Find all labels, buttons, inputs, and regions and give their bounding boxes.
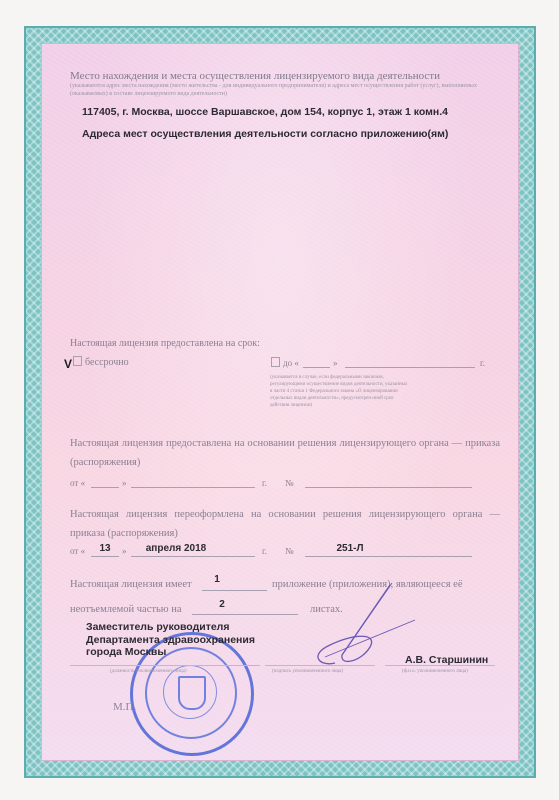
position-caption: (должность уполномоченного лица) <box>110 668 187 676</box>
until-day-field[interactable] <box>303 367 330 368</box>
reissued-month-year-value: апреля 2018 <box>131 543 221 554</box>
granted-quote-close: » <box>122 478 127 488</box>
granted-from-label: от « <box>70 478 85 488</box>
reissued-month-year-field[interactable] <box>131 556 255 557</box>
seal-label: М.П. <box>113 701 136 713</box>
until-label: до « <box>283 358 299 368</box>
reissued-day-value: 13 <box>91 543 119 554</box>
granted-number-label: № <box>285 478 294 488</box>
position-line <box>70 665 260 666</box>
indefinite-checkmark: V <box>64 357 72 371</box>
appendix-text-before: Настоящая лицензия имеет <box>70 579 192 590</box>
reissued-quote-close: » <box>122 546 127 556</box>
signatory-position: Заместитель руководителя Департамента зд… <box>86 621 266 659</box>
appendix-count-field[interactable] <box>202 590 267 591</box>
signatory-name: А.В. Старшинин <box>405 654 488 666</box>
reissued-from-label: от « <box>70 546 85 556</box>
reissued-number-label: № <box>285 546 294 556</box>
granted-month-year-field[interactable] <box>131 487 255 488</box>
granted-number-field[interactable] <box>305 487 472 488</box>
name-caption: (ф.и.о. уполномоченного лица) <box>402 668 468 676</box>
indefinite-label: бессрочно <box>85 357 129 368</box>
until-month-year-field[interactable] <box>345 367 475 368</box>
appendix-sheets-value: 2 <box>192 599 252 610</box>
addresses-note: Адреса мест осуществления деятельности с… <box>82 128 448 140</box>
term-note: (указывается в случае, если федеральными… <box>270 374 410 409</box>
until-year-suffix: г. <box>480 358 485 368</box>
indefinite-checkbox[interactable] <box>73 356 82 366</box>
reissued-day-field[interactable] <box>91 556 119 557</box>
until-quote-close: » <box>333 358 338 368</box>
appendix-sheets-before: неотъемлемой частью на <box>70 604 181 615</box>
granted-day-field[interactable] <box>91 487 119 488</box>
granted-year-suffix: г. <box>262 478 267 488</box>
reissued-number-field[interactable] <box>305 556 472 557</box>
granted-text: Настоящая лицензия предоставлена на осно… <box>70 434 500 472</box>
address-value: 117405, г. Москва, шоссе Варшавское, дом… <box>82 106 448 118</box>
location-note: (указываются адрес места нахождения (мес… <box>70 82 502 98</box>
until-checkbox[interactable] <box>271 357 280 367</box>
reissued-year-suffix: г. <box>262 546 267 556</box>
reissued-text: Настоящая лицензия переоформлена на осно… <box>70 505 500 543</box>
reissued-number-value: 251-Л <box>305 543 395 554</box>
appendix-count-value: 1 <box>202 574 232 585</box>
moscow-coat-of-arms-icon <box>178 676 206 710</box>
location-heading: Место нахождения и места осуществления л… <box>70 70 500 82</box>
term-label: Настоящая лицензия предоставлена на срок… <box>70 338 260 349</box>
